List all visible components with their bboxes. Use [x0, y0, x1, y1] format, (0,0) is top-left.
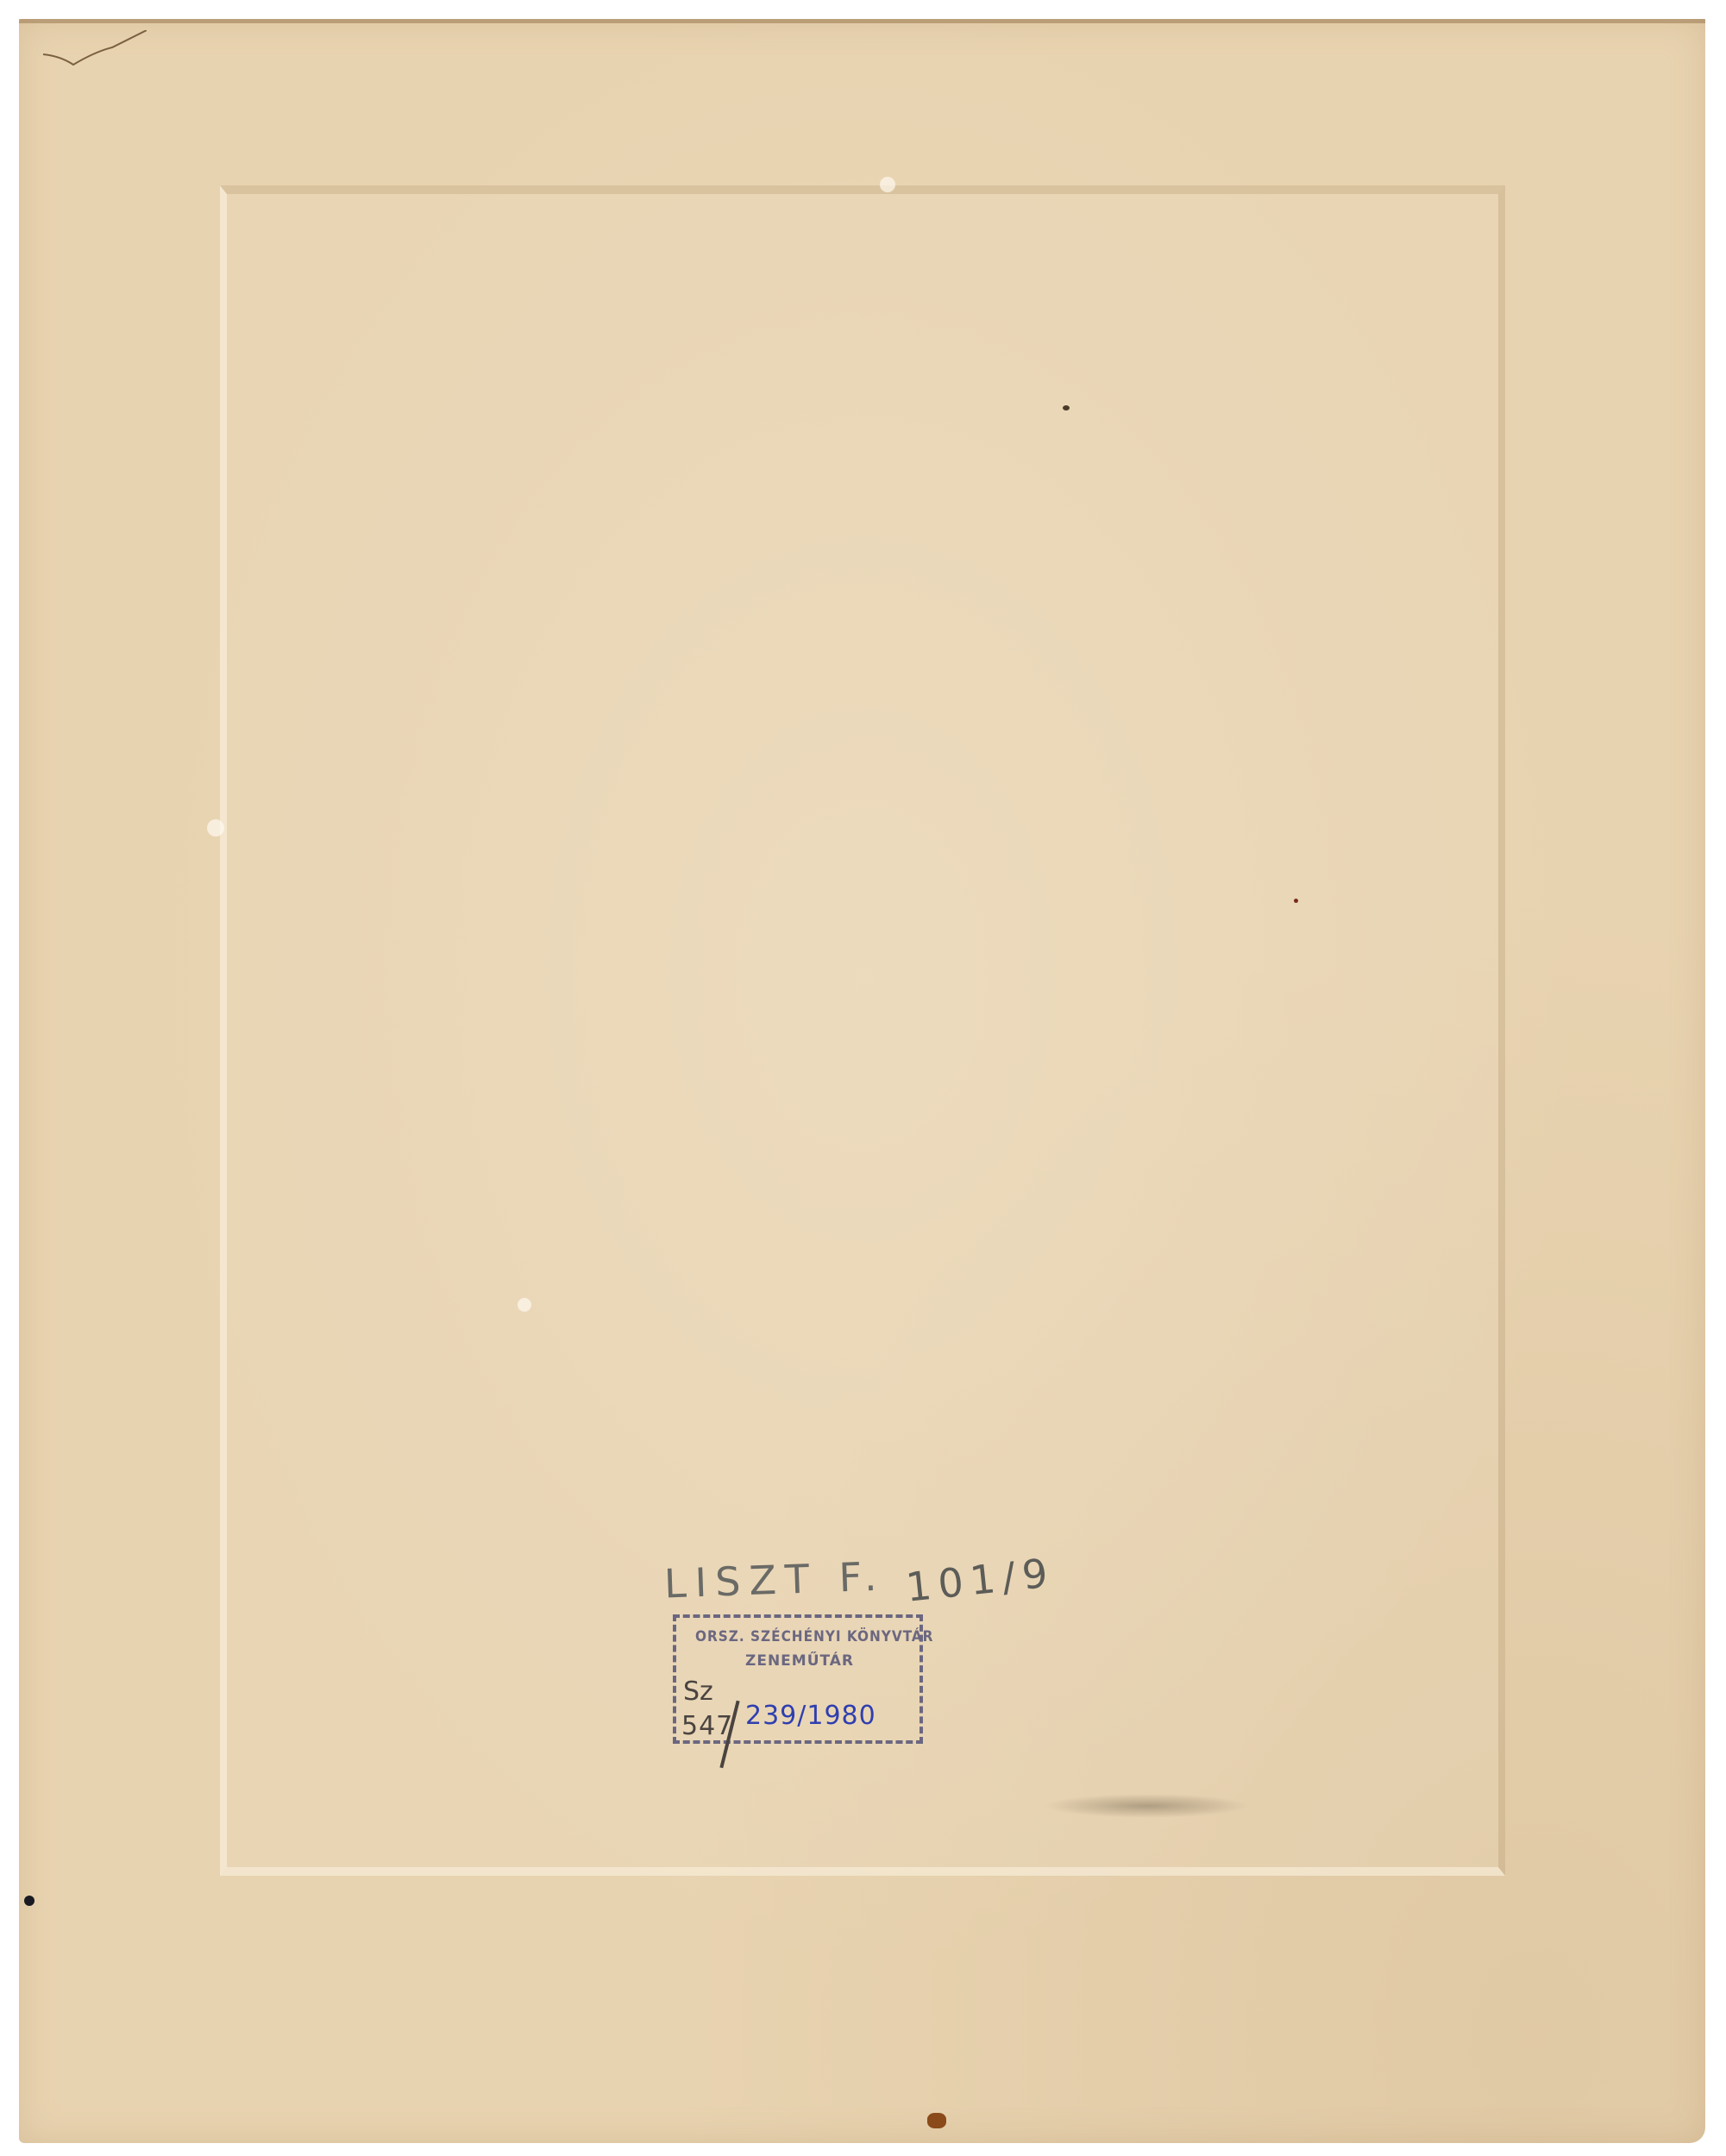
paper-spot: [1294, 899, 1298, 903]
paper-spot: [1063, 405, 1070, 411]
paper-spot: [518, 1298, 531, 1312]
author-annotation: LISZT F.: [663, 1553, 886, 1608]
paper-spot: [880, 177, 895, 192]
stamp-institution: ORSZ. SZÉCHÉNYI KÖNYVTÁR: [695, 1628, 933, 1645]
stamp-accession: 239/1980: [745, 1701, 876, 1731]
stamp-prefix: Sz: [683, 1677, 713, 1707]
stamp-number: 547: [681, 1711, 733, 1741]
graphite-smudge: [1044, 1794, 1251, 1818]
stamp-department: ZENEMŰTÁR: [745, 1652, 854, 1670]
paper-spot: [207, 819, 224, 837]
ink-dot: [24, 1896, 35, 1906]
rust-stain: [927, 2113, 946, 2128]
card-top-edge: [19, 19, 1705, 23]
library-stamp: ORSZ. SZÉCHÉNYI KÖNYVTÁR ZENEMŰTÁR Sz 54…: [673, 1614, 923, 1744]
corner-crack: [43, 30, 147, 73]
